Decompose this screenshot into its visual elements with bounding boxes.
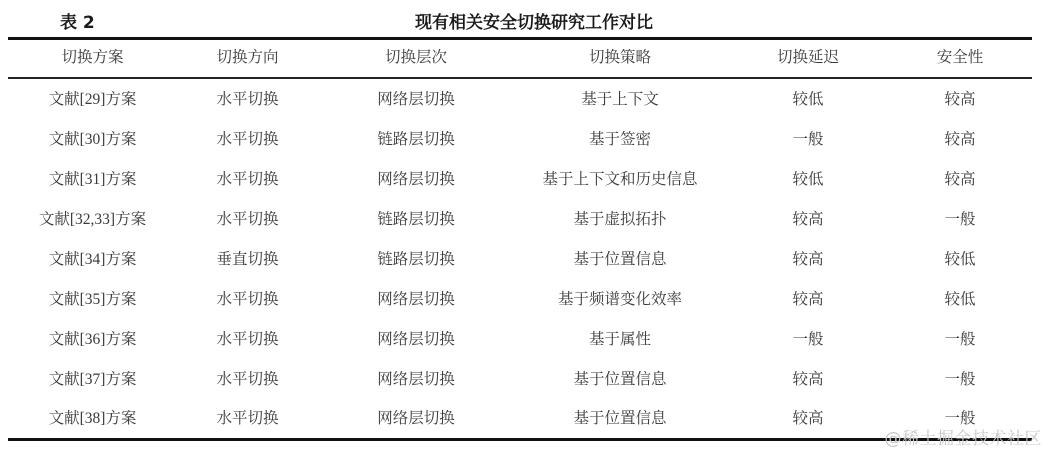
cell-layer: 链路层切换 — [330, 200, 502, 240]
cell-layer: 链路层切换 — [330, 120, 502, 160]
table-row: 文献[34]方案 垂直切换 链路层切换 基于位置信息 较高 较低 — [0, 240, 1048, 280]
cell-latency: 较低 — [728, 160, 888, 200]
header-layer: 切换层次 — [330, 38, 502, 78]
cell-strategy: 基于上下文 — [520, 80, 720, 120]
bottom-rule — [8, 438, 1032, 441]
cell-strategy: 基于上下文和历史信息 — [520, 160, 720, 200]
cell-latency: 较高 — [728, 240, 888, 280]
cell-strategy: 基于签密 — [520, 120, 720, 160]
table-row: 文献[31]方案 水平切换 网络层切换 基于上下文和历史信息 较低 较高 — [0, 160, 1048, 200]
cell-strategy: 基于属性 — [520, 320, 720, 360]
cell-scheme: 文献[38]方案 — [10, 399, 175, 439]
cell-layer: 网络层切换 — [330, 320, 502, 360]
cell-security: 较低 — [880, 280, 1040, 320]
table-caption-title: 现有相关安全切换研究工作对比 — [0, 8, 1048, 33]
cell-scheme: 文献[29]方案 — [10, 80, 175, 120]
cell-direction: 水平切换 — [165, 200, 330, 240]
cell-layer: 网络层切换 — [330, 80, 502, 120]
cell-direction: 水平切换 — [165, 320, 330, 360]
cell-layer: 网络层切换 — [330, 280, 502, 320]
cell-direction: 水平切换 — [165, 80, 330, 120]
table-row: 文献[35]方案 水平切换 网络层切换 基于频谱变化效率 较高 较低 — [0, 280, 1048, 320]
table-row: 文献[30]方案 水平切换 链路层切换 基于签密 一般 较高 — [0, 120, 1048, 160]
cell-latency: 较低 — [728, 80, 888, 120]
cell-strategy: 基于位置信息 — [520, 360, 720, 400]
cell-layer: 网络层切换 — [330, 160, 502, 200]
cell-direction: 水平切换 — [165, 399, 330, 439]
cell-security: 一般 — [880, 200, 1040, 240]
cell-direction: 水平切换 — [165, 280, 330, 320]
cell-latency: 较高 — [728, 200, 888, 240]
cell-strategy: 基于位置信息 — [520, 240, 720, 280]
cell-scheme: 文献[35]方案 — [10, 280, 175, 320]
cell-security: 较高 — [880, 160, 1040, 200]
header-rule — [8, 77, 1032, 79]
cell-latency: 较高 — [728, 399, 888, 439]
table-row: 文献[32,33]方案 水平切换 链路层切换 基于虚拟拓扑 较高 一般 — [0, 200, 1048, 240]
cell-layer: 网络层切换 — [330, 360, 502, 400]
table-row: 文献[36]方案 水平切换 网络层切换 基于属性 一般 一般 — [0, 320, 1048, 360]
cell-scheme: 文献[30]方案 — [10, 120, 175, 160]
table-header-row: 切换方案 切换方向 切换层次 切换策略 切换延迟 安全性 — [0, 38, 1048, 78]
cell-latency: 较高 — [728, 280, 888, 320]
cell-security: 一般 — [880, 320, 1040, 360]
watermark: @稀土掘金技术社区 — [885, 424, 1043, 449]
cell-direction: 水平切换 — [165, 160, 330, 200]
cell-layer: 网络层切换 — [330, 399, 502, 439]
table-row: 文献[29]方案 水平切换 网络层切换 基于上下文 较低 较高 — [0, 80, 1048, 120]
cell-security: 较高 — [880, 120, 1040, 160]
cell-security: 较高 — [880, 80, 1040, 120]
cell-latency: 一般 — [728, 120, 888, 160]
cell-strategy: 基于频谱变化效率 — [520, 280, 720, 320]
cell-scheme: 文献[36]方案 — [10, 320, 175, 360]
cell-scheme: 文献[31]方案 — [10, 160, 175, 200]
cell-security: 一般 — [880, 360, 1040, 400]
cell-strategy: 基于位置信息 — [520, 399, 720, 439]
header-security: 安全性 — [880, 38, 1040, 78]
header-scheme: 切换方案 — [10, 38, 175, 78]
cell-direction: 垂直切换 — [165, 240, 330, 280]
header-direction: 切换方向 — [165, 38, 330, 78]
cell-security: 较低 — [880, 240, 1040, 280]
cell-layer: 链路层切换 — [330, 240, 502, 280]
cell-scheme: 文献[37]方案 — [10, 360, 175, 400]
table-row: 文献[37]方案 水平切换 网络层切换 基于位置信息 较高 一般 — [0, 360, 1048, 400]
cell-direction: 水平切换 — [165, 120, 330, 160]
cell-direction: 水平切换 — [165, 360, 330, 400]
cell-scheme: 文献[34]方案 — [10, 240, 175, 280]
header-latency: 切换延迟 — [728, 38, 888, 78]
cell-latency: 较高 — [728, 360, 888, 400]
cell-scheme: 文献[32,33]方案 — [10, 200, 175, 240]
cell-latency: 一般 — [728, 320, 888, 360]
header-strategy: 切换策略 — [520, 38, 720, 78]
cell-strategy: 基于虚拟拓扑 — [520, 200, 720, 240]
